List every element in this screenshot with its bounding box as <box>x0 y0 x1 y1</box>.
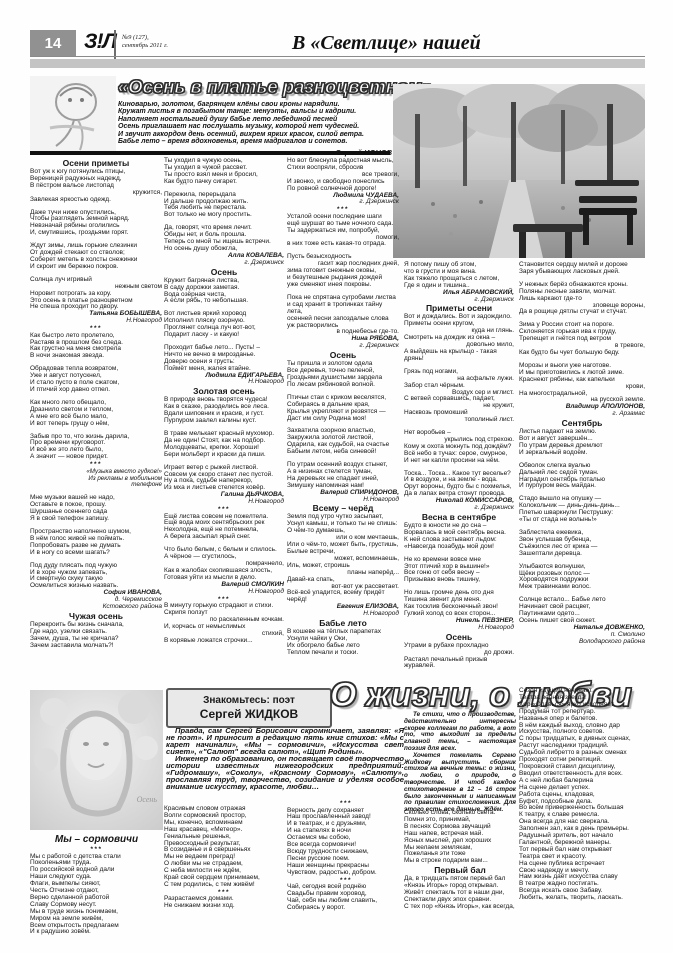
poem-line: в них тоже есть какая-то отрада. <box>287 241 399 248</box>
kicker-box: Знакомьтесь: поэт Сергей ЖИДКОВ <box>166 688 332 728</box>
poem-line: И скроит им бережно покров. <box>30 264 162 271</box>
poem-line: г. Дзержинск <box>404 297 514 304</box>
section-title: В «Светлице» нашей <box>292 32 481 55</box>
poem-line: По лесам рябиновой волной. <box>287 382 399 389</box>
issue-number: №9 (127), <box>122 34 168 42</box>
poem-line: Не снижаем жизни ход. <box>164 903 284 910</box>
masthead-band <box>30 59 645 68</box>
poem-line: Заря убывающих ласковых дней. <box>519 269 645 276</box>
poem-column-4: Я потому пишу об этом,что в грусти и моя… <box>404 262 514 670</box>
intro-paragraph: Инженер по образованию, он посвящает сво… <box>166 755 404 790</box>
newspaper-logo: З!Л <box>84 30 116 54</box>
poem-line: С тем родились, с тем живём! <box>164 882 284 889</box>
poem-line: С тех пор «Князь Игорь», как всегда, <box>404 904 516 911</box>
masthead-rule <box>30 56 645 57</box>
poem-line: тополиный лист. <box>404 417 514 424</box>
poem-line: И к радушию зовём. <box>30 929 163 936</box>
bottom-poem-column-1: Красивым словом отражаяВолги сормовский … <box>164 806 284 910</box>
poem-line: Н.Новгород <box>164 499 284 506</box>
poem-line: уже сменяют инея покровы. <box>287 282 399 289</box>
flower-sketch-image <box>30 76 116 152</box>
poem-line: Кстовского района <box>30 604 162 611</box>
poem-line: А выйдешь на крыльцо - такая дрянь! <box>404 349 514 363</box>
portrait-photo: Осень <box>30 690 163 830</box>
poem-line: Мы – сормовичи <box>30 833 163 846</box>
poem-line: Н.Новгород <box>287 611 399 618</box>
poem-line: Н.Новгород <box>404 625 514 632</box>
issue-date: сентябрь 2011 г. <box>122 42 168 50</box>
feature-rule <box>30 151 390 155</box>
poem-line: г. Дзержинск <box>287 343 399 350</box>
poem-column-3: Но вот блеснула радостная мысль,Стихи во… <box>287 158 399 657</box>
poem-line: Подарит ласку - и какую! <box>164 332 284 339</box>
poem-line: Призываю вновь тишину, <box>404 577 514 584</box>
kicker-line1: Знакомьтесь: поэт <box>203 695 295 707</box>
poem-line: Да в рощице дятлы стучат и стучат. <box>519 309 645 316</box>
bottom-poem-column-4: Сезон идущий начинает.Театра верная звез… <box>519 688 645 902</box>
poem-line: Как будто бы чует большую беду. <box>519 350 645 357</box>
intro-paragraph: Хочется пожелать Сергею Жидкову выпустит… <box>404 753 516 814</box>
poem-column-2: Ты уходил в чужую осень,Ты уходил в чужо… <box>164 158 284 644</box>
poem-line: Я в свой телефон запишу. <box>30 516 162 523</box>
poem-line: И пурпуром весь майдан. <box>519 483 645 490</box>
poem-line: И вот теперь грущу о нём, <box>30 421 162 428</box>
poem-line: Теплом печали и тоски. <box>287 650 399 657</box>
poem-line: В ночи знакомая звезда. <box>30 353 162 360</box>
issue-info: №9 (127), сентябрь 2011 г. <box>122 34 168 50</box>
article-intro-right: Те стихи, что о производстве, действител… <box>404 712 516 814</box>
poem-column-5: Становится сердцу милей и дорожеЗаря убы… <box>519 262 645 646</box>
poem-line: г. Арзамас <box>519 411 645 418</box>
article-intro-left: Правда, сам Сергей Борисович скромничает… <box>166 727 404 790</box>
poem-line: Зачем заставила молчать?! <box>30 643 162 650</box>
poem-line: Завлекая яркостью одежд. <box>30 197 162 204</box>
poem-line: А если рябь, то небольшая. <box>164 298 284 305</box>
poem-line: Как будто пачку сигарет. <box>164 179 284 186</box>
poem-line: А значит — новое придет. <box>30 454 162 461</box>
poem-line: Пурпуром заалел калины куст. <box>164 418 284 425</box>
poem-line: Чувством, радостью, добром. <box>287 870 405 877</box>
poem-line: г. Дзержинск <box>164 260 284 267</box>
poem-line: Бери мольберт и краски да пиши. <box>164 452 284 459</box>
kicker-line2: Сергей ЖИДКОВ <box>200 707 298 721</box>
poem-line: И, смутившись, гроздьями горят. <box>30 230 162 237</box>
park-photo <box>393 84 645 258</box>
portrait-caption: Осень <box>137 795 157 804</box>
poem-line: г. Дзержинск <box>404 505 514 512</box>
poem-line: В корявые ложатся строчки... <box>164 638 284 645</box>
intro-paragraph: Правда, сам Сергей Борисович скромничает… <box>166 727 404 755</box>
poem-line: Зашептали деревца. <box>519 551 645 558</box>
poem-line: г. Дзержинск <box>287 199 399 206</box>
poem-line: Меж травинками волос. <box>519 584 645 591</box>
poem-line: телефоне <box>30 482 162 489</box>
poem-line: Собираясь у ворот. <box>287 905 405 912</box>
poem-line: И нет ни капли просини на нём. <box>404 458 514 465</box>
bottom-poem-column-3: Сколько слова, сколько света.Помни это, … <box>404 810 516 911</box>
feature-headline: «Осень в платье разноцветном» <box>118 76 432 98</box>
intro-paragraph: Те стихи, что о производстве, действител… <box>404 712 516 753</box>
poem-line: «Ты от стада не волынь!» <box>519 517 645 524</box>
poem-line: Н.Новгород <box>30 318 162 325</box>
lead-poem: Киноварью, золотом, багрянцем клёны свои… <box>118 101 392 145</box>
poem-line: Володарского района <box>519 639 645 646</box>
poem-line: и сад хранит в тропинках тайну лета, <box>287 302 399 316</box>
poem-line: Мы в строке подарим вам... <box>404 858 516 865</box>
poem-line: И птичий хор давно отпел. <box>30 387 162 394</box>
poem-line: Бабьим летом, неба синевой! <box>287 449 399 456</box>
poem-line: «Навсегда позабудь мой дом! <box>404 544 514 551</box>
poem-column-1: Осени приметыВот уж к югу потянулись пти… <box>30 158 162 650</box>
sormovichi-column: Мы – сормовичи***Мы с работой с детства … <box>30 833 163 936</box>
poem-line: Вот только не могу простить. <box>164 212 284 219</box>
poem-line: Даст им силу Родина моя! <box>287 416 399 423</box>
poem-line: А берега засыпал ярый снег. <box>164 534 284 541</box>
poem-line: И в ногу со всеми шагать? <box>30 550 162 557</box>
poem-line: Н.Новгород <box>164 379 284 386</box>
poem-line: И зеркальный водоём. <box>519 450 645 457</box>
newspaper-page: 14 З!Л №9 (127), сентябрь 2011 г. В «Све… <box>0 0 673 953</box>
poem-line: Н.Новгород <box>287 497 399 504</box>
poem-line: Н.Новгород <box>164 589 284 596</box>
poem-line: Любить, желать, творить, ласкать. <box>519 895 645 902</box>
poem-line: Растаял печальный призыв журавлей. <box>404 657 514 671</box>
lead-poem-block: Киноварью, золотом, багрянцем клёны свои… <box>118 101 392 157</box>
bottom-poem-column-2: ***Верность делу сохраняетНаш прославлен… <box>287 800 405 912</box>
page-number: 14 <box>30 30 76 56</box>
poem-line: Всё-всё уладится, всему придёт черёд! <box>287 590 399 604</box>
